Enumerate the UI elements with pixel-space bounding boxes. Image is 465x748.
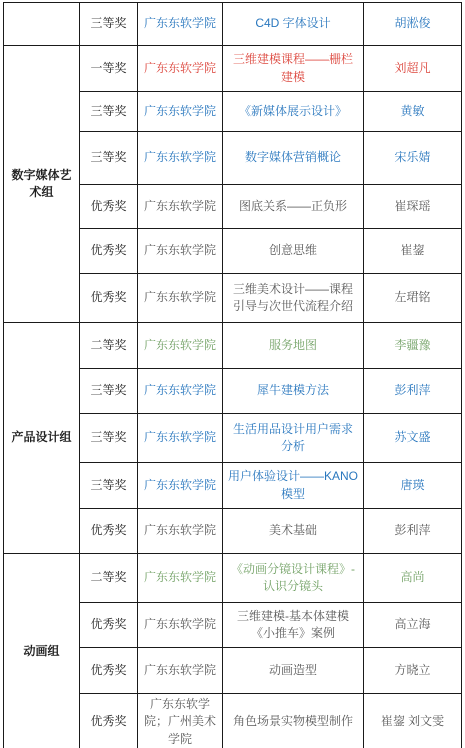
- group-cell: [4, 3, 80, 46]
- work-title-cell: 角色场景实物模型制作: [223, 694, 364, 748]
- work-title-cell: 《新媒体展示设计》: [223, 92, 364, 132]
- name-cell: 胡淞俊: [364, 3, 462, 46]
- institution-cell: 广东东软学院: [138, 92, 223, 132]
- work-title-cell: 数字媒体营销概论: [223, 132, 364, 185]
- name-cell: 宋乐婧: [364, 132, 462, 185]
- institution-cell: 广东东软学院: [138, 603, 223, 648]
- table-row: 动画组 二等奖 广东东软学院 《动画分镜设计课程》-认识分镜头 高尚: [4, 554, 462, 603]
- work-title-cell: 三维建模-基本体建模《小推车》案例: [223, 603, 364, 648]
- name-cell: 彭利萍: [364, 369, 462, 414]
- work-title-cell: 用户体验设计——KANO模型: [223, 463, 364, 509]
- name-cell: 崔鋆 刘文雯: [364, 694, 462, 748]
- award-cell: 三等奖: [80, 463, 138, 509]
- work-title-cell: 服务地图: [223, 323, 364, 369]
- award-cell: 优秀奖: [80, 185, 138, 229]
- institution-cell: 广东东软学院: [138, 185, 223, 229]
- institution-cell: 广东东软学院: [138, 3, 223, 46]
- award-cell: 优秀奖: [80, 274, 138, 323]
- work-title-cell: 三维建模课程——栅栏建模: [223, 46, 364, 92]
- name-cell: 方晓立: [364, 648, 462, 694]
- award-cell: 一等奖: [80, 46, 138, 92]
- name-cell: 崔琛瑶: [364, 185, 462, 229]
- work-title-cell: 美术基础: [223, 509, 364, 554]
- work-title-cell: 创意思维: [223, 229, 364, 274]
- institution-cell: 广东东软学院: [138, 46, 223, 92]
- table-row: 产品设计组 二等奖 广东东软学院 服务地图 李疆豫: [4, 323, 462, 369]
- institution-cell: 广东东软学院: [138, 323, 223, 369]
- name-cell: 苏文盛: [364, 414, 462, 463]
- table-row: 数字媒体艺术组 一等奖 广东东软学院 三维建模课程——栅栏建模 刘超凡: [4, 46, 462, 92]
- work-title-cell: 生活用品设计用户需求分析: [223, 414, 364, 463]
- awards-table: 三等奖 广东东软学院 C4D 字体设计 胡淞俊 数字媒体艺术组 一等奖 广东东软…: [3, 2, 462, 748]
- group-cell: 产品设计组: [4, 323, 80, 554]
- award-cell: 二等奖: [80, 323, 138, 369]
- name-cell: 黄敏: [364, 92, 462, 132]
- award-cell: 优秀奖: [80, 229, 138, 274]
- work-title-cell: 《动画分镜设计课程》-认识分镜头: [223, 554, 364, 603]
- institution-cell: 广东东软学院: [138, 648, 223, 694]
- award-cell: 优秀奖: [80, 509, 138, 554]
- group-cell: 数字媒体艺术组: [4, 46, 80, 323]
- award-cell: 三等奖: [80, 3, 138, 46]
- work-title-cell: C4D 字体设计: [223, 3, 364, 46]
- name-cell: 左珺铭: [364, 274, 462, 323]
- institution-cell: 广东东软学院: [138, 509, 223, 554]
- table-row: 三等奖 广东东软学院 C4D 字体设计 胡淞俊: [4, 3, 462, 46]
- name-cell: 彭利萍: [364, 509, 462, 554]
- name-cell: 刘超凡: [364, 46, 462, 92]
- award-cell: 二等奖: [80, 554, 138, 603]
- award-cell: 优秀奖: [80, 603, 138, 648]
- group-cell: 动画组: [4, 554, 80, 748]
- name-cell: 高尚: [364, 554, 462, 603]
- institution-cell: 广东东软学院: [138, 369, 223, 414]
- work-title-cell: 动画造型: [223, 648, 364, 694]
- institution-cell: 广东东软学院: [138, 463, 223, 509]
- work-title-cell: 犀牛建模方法: [223, 369, 364, 414]
- award-cell: 优秀奖: [80, 694, 138, 748]
- name-cell: 李疆豫: [364, 323, 462, 369]
- award-cell: 三等奖: [80, 92, 138, 132]
- institution-cell: 广东东软学院；广州美术学院: [138, 694, 223, 748]
- award-cell: 三等奖: [80, 132, 138, 185]
- name-cell: 唐瑛: [364, 463, 462, 509]
- award-cell: 三等奖: [80, 414, 138, 463]
- award-cell: 优秀奖: [80, 648, 138, 694]
- work-title-cell: 三维美术设计——课程引导与次世代流程介绍: [223, 274, 364, 323]
- institution-cell: 广东东软学院: [138, 554, 223, 603]
- institution-cell: 广东东软学院: [138, 274, 223, 323]
- award-cell: 三等奖: [80, 369, 138, 414]
- institution-cell: 广东东软学院: [138, 132, 223, 185]
- name-cell: 崔鋆: [364, 229, 462, 274]
- institution-cell: 广东东软学院: [138, 229, 223, 274]
- work-title-cell: 图底关系——正负形: [223, 185, 364, 229]
- page: 三等奖 广东东软学院 C4D 字体设计 胡淞俊 数字媒体艺术组 一等奖 广东东软…: [0, 0, 465, 748]
- name-cell: 高立海: [364, 603, 462, 648]
- institution-cell: 广东东软学院: [138, 414, 223, 463]
